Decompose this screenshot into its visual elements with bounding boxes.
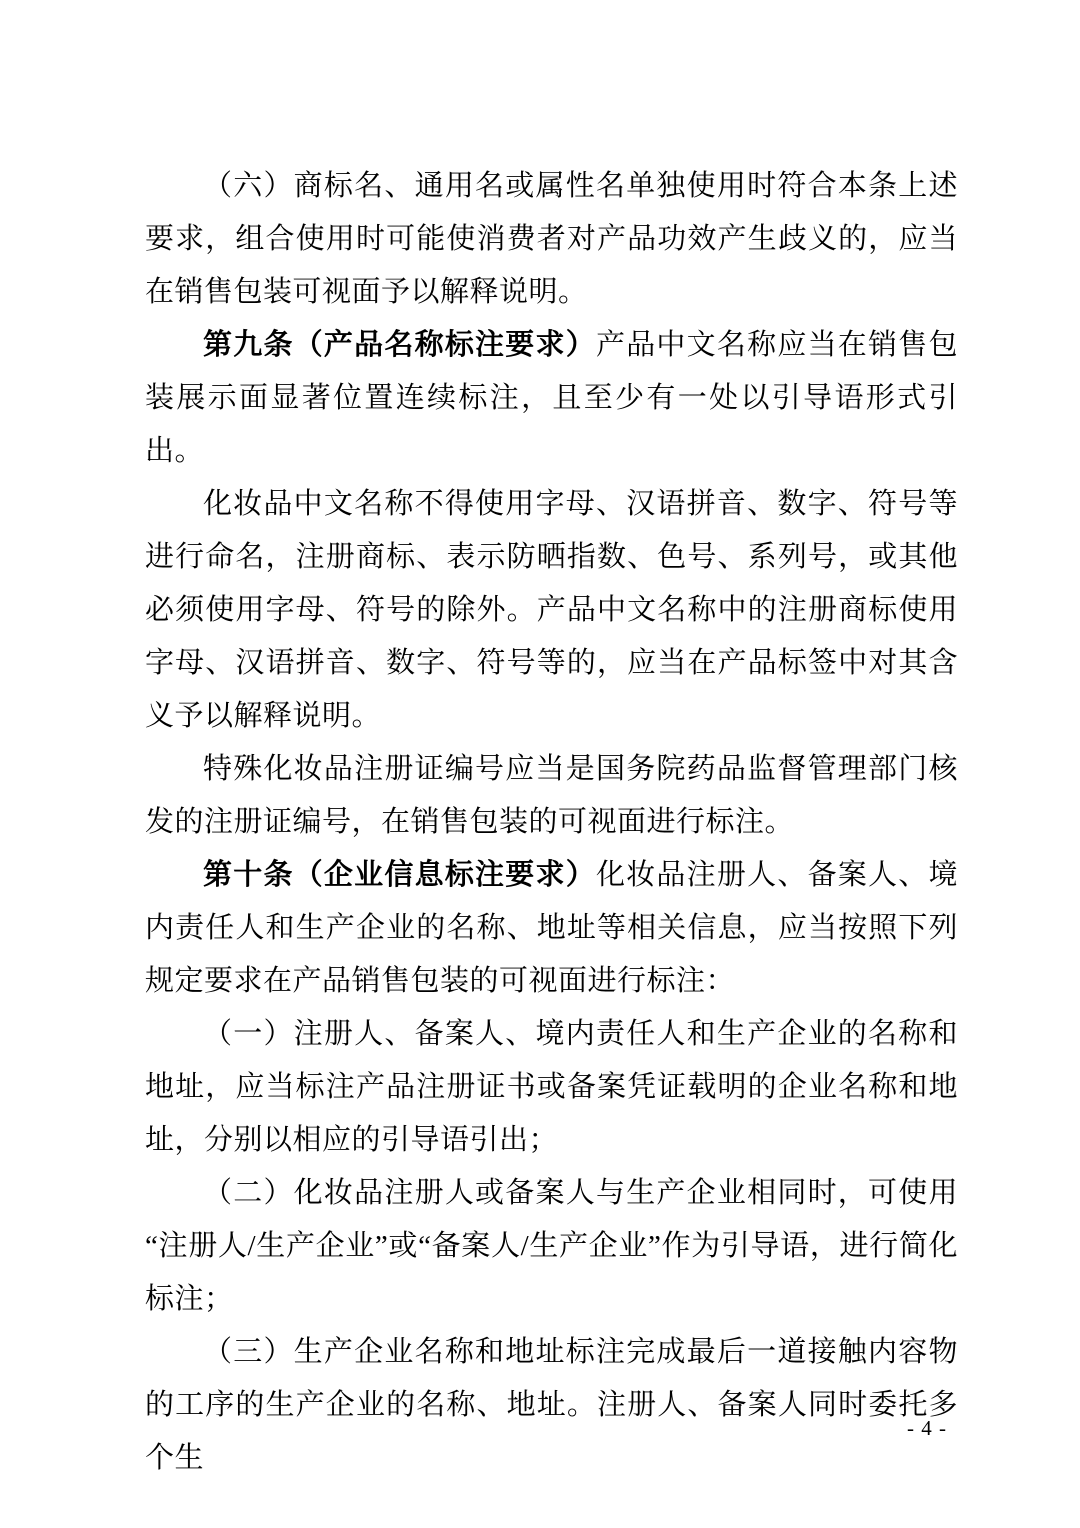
paragraph-text: （三）生产企业名称和地址标注完成最后一道接触内容物的工序的生产企业的名称、地址。… (145, 1336, 958, 1474)
article-10-heading: 第十条（企业信息标注要求） (203, 859, 596, 891)
paragraph-article-10: 第十条（企业信息标注要求）化妆品注册人、备案人、境内责任人和生产企业的名称、地址… (145, 849, 958, 1008)
paragraph-item-3: （三）生产企业名称和地址标注完成最后一道接触内容物的工序的生产企业的名称、地址。… (145, 1326, 958, 1485)
article-9-heading: 第九条（产品名称标注要求） (203, 329, 596, 361)
paragraph-item-6: （六）商标名、通用名或属性名单独使用时符合本条上述要求，组合使用时可能使消费者对… (145, 160, 958, 319)
paragraph-chinese-name-rules: 化妆品中文名称不得使用字母、汉语拼音、数字、符号等进行命名，注册商标、表示防晒指… (145, 478, 958, 743)
paragraph-item-2: （二）化妆品注册人或备案人与生产企业相同时，可使用“注册人/生产企业”或“备案人… (145, 1167, 958, 1326)
page-number: - 4 - (907, 1415, 947, 1441)
paragraph-article-9: 第九条（产品名称标注要求）产品中文名称应当在销售包装展示面显著位置连续标注，且至… (145, 319, 958, 478)
paragraph-text: （一）注册人、备案人、境内责任人和生产企业的名称和地址，应当标注产品注册证书或备… (145, 1018, 958, 1156)
paragraph-text: 特殊化妆品注册证编号应当是国务院药品监督管理部门核发的注册证编号，在销售包装的可… (145, 753, 958, 838)
paragraph-text: （二）化妆品注册人或备案人与生产企业相同时，可使用“注册人/生产企业”或“备案人… (145, 1177, 958, 1315)
document-body: （六）商标名、通用名或属性名单独使用时符合本条上述要求，组合使用时可能使消费者对… (145, 160, 958, 1485)
paragraph-special-cosmetics-registration: 特殊化妆品注册证编号应当是国务院药品监督管理部门核发的注册证编号，在销售包装的可… (145, 743, 958, 849)
paragraph-text: 化妆品中文名称不得使用字母、汉语拼音、数字、符号等进行命名，注册商标、表示防晒指… (145, 488, 958, 732)
paragraph-text: （六）商标名、通用名或属性名单独使用时符合本条上述要求，组合使用时可能使消费者对… (145, 170, 958, 308)
paragraph-item-1: （一）注册人、备案人、境内责任人和生产企业的名称和地址，应当标注产品注册证书或备… (145, 1008, 958, 1167)
